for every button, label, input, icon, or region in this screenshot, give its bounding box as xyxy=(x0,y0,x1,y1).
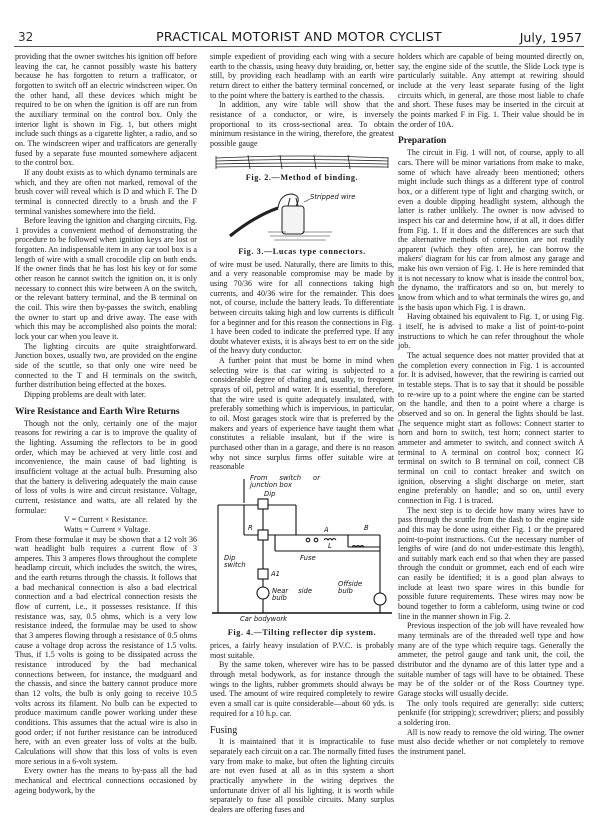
page-header: 32 PRACTICAL MOTORIST AND MOTOR CYCLIST … xyxy=(14,30,584,47)
paragraph: Having obtained his equivalent to Fig. 1… xyxy=(398,312,584,351)
formula-watts: Watts = Current × Voltage. xyxy=(15,525,197,535)
section-heading-wire-resistance: Wire Resistance and Earth Wire Returns xyxy=(15,407,197,418)
paragraph: Previous inspection of the job will have… xyxy=(398,621,584,698)
figure-3-connector: Stripped wire xyxy=(210,186,394,244)
paragraph: By the same token, wherever wire has to … xyxy=(210,660,394,718)
figure-3-caption: Fig. 3.—Lucas type connectors. xyxy=(210,247,394,257)
paragraph: In addition, any wire table will show th… xyxy=(210,100,394,148)
paragraph: The only tools required are generally: s… xyxy=(398,699,584,728)
paragraph: From these formulae it may be shown that… xyxy=(15,535,197,767)
lucas-connector-illustration xyxy=(210,186,394,244)
magazine-title: PRACTICAL MOTORIST AND MOTOR CYCLIST xyxy=(14,29,584,44)
paragraph: The next step is to decide how many wire… xyxy=(398,506,584,622)
paragraph: Though not the only, certainly one of th… xyxy=(15,419,197,516)
paragraph: Before leaving the ignition and charging… xyxy=(15,216,197,342)
paragraph: Every owner has the means to by-pass all… xyxy=(15,766,197,795)
paragraph: prices, a fairly heavy insulation of P.V… xyxy=(210,641,394,660)
paragraph: If any doubt exists as to which dynamo t… xyxy=(15,168,197,216)
paragraph: providing that the owner switches his ig… xyxy=(15,52,197,168)
r-label: R xyxy=(248,525,253,532)
dip-label: Dip xyxy=(264,491,275,498)
figure-4-caption: Fig. 4.—Tilting reflector dip system. xyxy=(210,628,394,638)
formula-voltage: V = Current × Resistance. xyxy=(15,515,197,525)
source-label: From switch or junction box xyxy=(250,475,320,490)
section-heading-preparation: Preparation xyxy=(398,136,584,147)
paragraph: A further point that must be borne in mi… xyxy=(210,356,394,472)
paragraph: of wire must be used. Naturally, there a… xyxy=(210,260,394,357)
cable-binding-illustration xyxy=(210,152,394,172)
dip-switch-label: Dip switch xyxy=(224,555,254,570)
paragraph: The actual sequence does not matter prov… xyxy=(398,351,584,506)
figure-4-dip-system: From switch or junction box Dip R A B L … xyxy=(210,475,394,625)
offside-bulb-label: Offside bulb xyxy=(338,581,372,596)
near-side-bulb-label: Near side bulb xyxy=(272,588,312,603)
car-bodywork-label: Car bodywork xyxy=(240,616,287,623)
issue-date: July, 1957 xyxy=(520,30,582,45)
b-label: B xyxy=(364,525,369,532)
l-label: L xyxy=(328,543,332,550)
section-heading-fusing: Fusing xyxy=(210,725,394,736)
paragraph: All is now ready to remove the old wirin… xyxy=(398,728,584,757)
column-3: holders which are capable of being mount… xyxy=(398,52,584,757)
paragraph: It is maintained that it is impracticabl… xyxy=(210,737,394,814)
paragraph: The lighting circuits are quite straight… xyxy=(15,342,197,390)
column-2: simple expedient of providing each wing … xyxy=(210,52,394,815)
figure-2-caption: Fig. 2.—Method of binding. xyxy=(210,173,394,183)
figure-2-binding: Fig. 2.—Method of binding. xyxy=(210,152,394,183)
column-1: providing that the owner switches his ig… xyxy=(15,52,197,795)
stripped-wire-label: Stripped wire xyxy=(310,194,355,201)
a1-label: A1 xyxy=(271,571,280,578)
paragraph: simple expedient of providing each wing … xyxy=(210,52,394,100)
paragraph: The circuit in Fig. 1 will not, of cours… xyxy=(398,148,584,312)
a-label: A xyxy=(324,527,329,534)
paragraph: holders which are capable of being mount… xyxy=(398,52,584,129)
paragraph: Dipping problems are dealt with later. xyxy=(15,390,197,400)
fuse-label: Fuse xyxy=(300,555,316,562)
